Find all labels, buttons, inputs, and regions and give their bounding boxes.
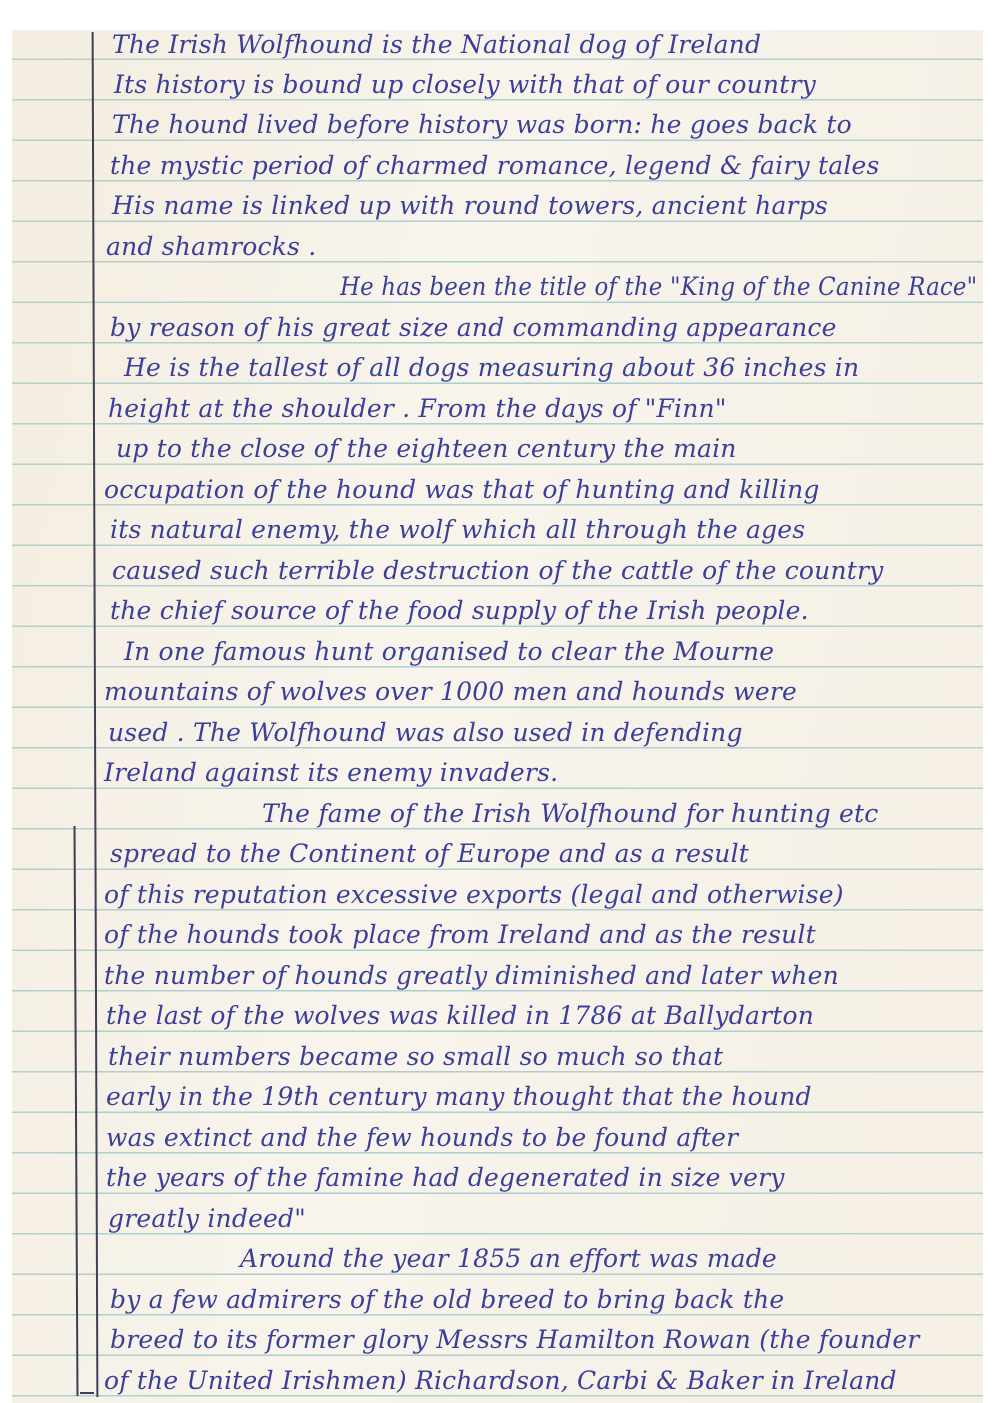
text-line: early in the 19th century many thought t… xyxy=(106,1082,812,1111)
text-line: mountains of wolves over 1000 men and ho… xyxy=(104,677,797,706)
text-line: The fame of the Irish Wolfhound for hunt… xyxy=(262,799,878,828)
text-line: greatly indeed" xyxy=(108,1204,306,1233)
text-line: He has been the title of the "King of th… xyxy=(340,272,977,301)
text-line: their numbers became so small so much so… xyxy=(108,1042,723,1071)
text-line: spread to the Continent of Europe and as… xyxy=(110,839,749,868)
text-line: height at the shoulder . From the days o… xyxy=(108,394,727,423)
pen-margin-tick xyxy=(80,1392,94,1394)
text-line: the last of the wolves was killed in 178… xyxy=(106,1001,814,1030)
text-line: the number of hounds greatly diminished … xyxy=(104,961,839,990)
text-line: Ireland against its enemy invaders. xyxy=(104,758,558,787)
text-line: was extinct and the few hounds to be fou… xyxy=(106,1123,738,1152)
text-line: used . The Wolfhound was also used in de… xyxy=(108,718,743,747)
text-line: its natural enemy, the wolf which all th… xyxy=(110,515,805,544)
text-line: the mystic period of charmed romance, le… xyxy=(110,151,880,180)
text-line: of the United Irishmen) Richardson, Carb… xyxy=(104,1366,897,1395)
text-line: He is the tallest of all dogs measuring … xyxy=(124,353,859,382)
text-line: by reason of his great size and commandi… xyxy=(110,313,837,342)
text-line: Around the year 1855 an effort was made xyxy=(240,1244,777,1273)
text-line: of this reputation excessive exports (le… xyxy=(104,880,844,909)
text-line: caused such terrible destruction of the … xyxy=(112,556,884,585)
text-line: breed to its former glory Messrs Hamilto… xyxy=(110,1325,920,1354)
text-line: up to the close of the eighteen century … xyxy=(116,434,737,463)
text-line: Its history is bound up closely with tha… xyxy=(114,70,816,99)
text-line: In one famous hunt organised to clear th… xyxy=(124,637,774,666)
text-line: His name is linked up with round towers,… xyxy=(112,191,828,220)
text-line: The hound lived before history was born:… xyxy=(112,110,852,139)
text-line: the years of the famine had degenerated … xyxy=(106,1163,785,1192)
text-line: occupation of the hound was that of hunt… xyxy=(104,475,820,504)
text-line: of the hounds took place from Ireland an… xyxy=(104,920,816,949)
text-line: The Irish Wolfhound is the National dog … xyxy=(112,30,761,59)
text-line: by a few admirers of the old breed to br… xyxy=(110,1285,784,1314)
text-line: the chief source of the food supply of t… xyxy=(110,596,809,625)
text-line: and shamrocks . xyxy=(106,232,316,261)
